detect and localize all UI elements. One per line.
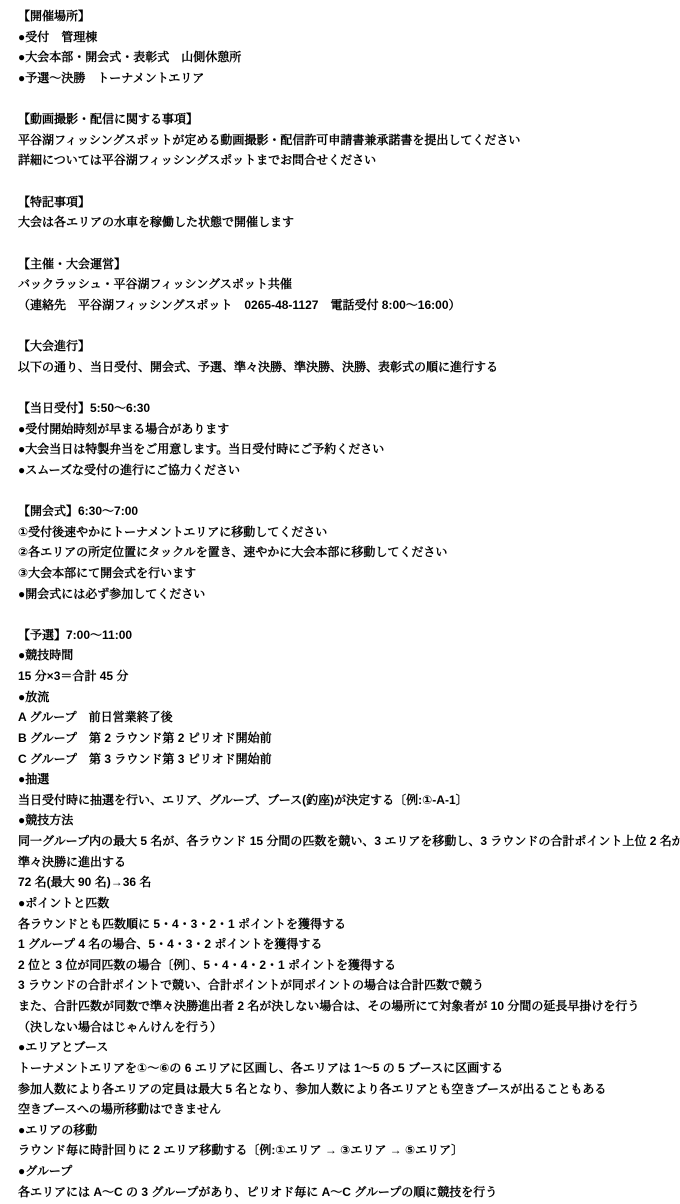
section-schedule: 【大会進行】 以下の通り、当日受付、開会式、予選、準々決勝、準決勝、決勝、表彰式… — [18, 336, 672, 377]
text-line: ●競技方法 — [18, 810, 672, 831]
text-line: 3 ラウンドの合計ポイントで競い、合計ポイントが同ポイントの場合は合計匹数で競う — [18, 975, 672, 996]
text-line: ●競技時間 — [18, 645, 672, 666]
text-line: ●エリアとブース — [18, 1037, 672, 1058]
text-line: トーナメントエリアを①～⑥の 6 エリアに区画し、各エリアは 1～5 の 5 ブ… — [18, 1058, 672, 1079]
text-line: ●受付開始時刻が早まる場合があります — [18, 419, 672, 440]
text-line: ●大会本部・開会式・表彰式 山側休憩所 — [18, 47, 672, 68]
section-qualifying: 【予選】7:00～11:00 ●競技時間 15 分×3＝合計 45 分 ●放流 … — [18, 625, 672, 1203]
text-line: ●グループ — [18, 1161, 672, 1182]
tournament-rules-document: 【開催場所】 ●受付 管理棟 ●大会本部・開会式・表彰式 山側休憩所 ●予選～決… — [0, 0, 680, 1202]
text-line: 大会は各エリアの水車を稼働した状態で開催します — [18, 212, 672, 233]
section-heading: 【開会式】6:30～7:00 — [18, 501, 672, 522]
text-line: ●放流 — [18, 687, 672, 708]
text-line: 以下の通り、当日受付、開会式、予選、準々決勝、準決勝、決勝、表彰式の順に進行する — [18, 357, 672, 378]
section-heading: 【動画撮影・配信に関する事項】 — [18, 109, 672, 130]
text-line: ラウンド毎に時計回りに 2 エリア移動する〔例:①エリア → ③エリア → ⑤エ… — [18, 1140, 672, 1161]
section-heading: 【開催場所】 — [18, 6, 672, 27]
text-line: ③大会本部にて開会式を行います — [18, 563, 672, 584]
section-organizer: 【主催・大会運営】 バックラッシュ・平谷湖フィッシングスポット共催 （連絡先 平… — [18, 254, 672, 316]
text-line: ●受付 管理棟 — [18, 27, 672, 48]
text-line: ●大会当日は特製弁当をご用意します。当日受付時にご予約ください — [18, 439, 672, 460]
text-line: 2 位と 3 位が同匹数の場合〔例〕、5・4・4・2・1 ポイントを獲得する — [18, 955, 672, 976]
text-line: C グループ 第 3 ラウンド第 3 ピリオド開始前 — [18, 749, 672, 770]
text-line: ●予選～決勝 トーナメントエリア — [18, 68, 672, 89]
text-line: 当日受付時に抽選を行い、エリア、グループ、ブース(釣座)が決定する〔例:①-A-… — [18, 790, 672, 811]
text-line: ●スムーズな受付の進行にご協力ください — [18, 460, 672, 481]
text-line: ●ポイントと匹数 — [18, 893, 672, 914]
text-line: ①受付後速やかにトーナメントエリアに移動してください — [18, 522, 672, 543]
text-line: 同一グループ内の最大 5 名が、各ラウンド 15 分間の匹数を競い、3 エリアを… — [18, 831, 672, 852]
section-same-day-reception: 【当日受付】5:50～6:30 ●受付開始時刻が早まる場合があります ●大会当日… — [18, 398, 672, 481]
section-video-streaming: 【動画撮影・配信に関する事項】 平谷湖フィッシングスポットが定める動画撮影・配信… — [18, 109, 672, 171]
section-opening-ceremony: 【開会式】6:30～7:00 ①受付後速やかにトーナメントエリアに移動してくださ… — [18, 501, 672, 604]
text-line: ②各エリアの所定位置にタックルを置き、速やかに大会本部に移動してください — [18, 542, 672, 563]
section-heading: 【大会進行】 — [18, 336, 672, 357]
page: { "page": { "background_color": "#ffffff… — [0, 0, 680, 1204]
text-line: ●抽選 — [18, 769, 672, 790]
text-line: また、合計匹数が同数で準々決勝進出者 2 名が決しない場合は、その場所にて対象者… — [18, 996, 672, 1017]
text-line: 平谷湖フィッシングスポットが定める動画撮影・配信許可申請書兼承諾書を提出してくだ… — [18, 130, 672, 151]
text-line: 準々決勝に進出する — [18, 852, 672, 873]
text-line: B グループ 第 2 ラウンド第 2 ピリオド開始前 — [18, 728, 672, 749]
text-line: （決しない場合はじゃんけんを行う） — [18, 1017, 672, 1038]
text-line: 空きブースへの場所移動はできません — [18, 1099, 672, 1120]
section-heading: 【予選】7:00～11:00 — [18, 625, 672, 646]
text-line: A グループ 前日営業終了後 — [18, 707, 672, 728]
text-line: 参加人数により各エリアの定員は最大 5 名となり、参加人数により各エリアとも空き… — [18, 1079, 672, 1100]
text-line: 各ラウンドとも匹数順に 5・4・3・2・1 ポイントを獲得する — [18, 914, 672, 935]
section-special-notes: 【特記事項】 大会は各エリアの水車を稼働した状態で開催します — [18, 192, 672, 233]
text-line: バックラッシュ・平谷湖フィッシングスポット共催 — [18, 274, 672, 295]
section-heading: 【主催・大会運営】 — [18, 254, 672, 275]
section-heading: 【当日受付】5:50～6:30 — [18, 398, 672, 419]
text-line: 72 名(最大 90 名)→36 名 — [18, 872, 672, 893]
text-line: 15 分×3＝合計 45 分 — [18, 666, 672, 687]
text-line: 1 グループ 4 名の場合、5・4・3・2 ポイントを獲得する — [18, 934, 672, 955]
section-venue: 【開催場所】 ●受付 管理棟 ●大会本部・開会式・表彰式 山側休憩所 ●予選～決… — [18, 6, 672, 89]
text-line: 各エリアには A～C の 3 グループがあり、ピリオド毎に A～C グループの順… — [18, 1182, 672, 1203]
section-heading: 【特記事項】 — [18, 192, 672, 213]
text-line: （連絡先 平谷湖フィッシングスポット 0265-48-1127 電話受付 8:0… — [18, 295, 672, 316]
text-line: ●開会式には必ず参加してください — [18, 584, 672, 605]
text-line: 詳細については平谷湖フィッシングスポットまでお問合せください — [18, 150, 672, 171]
text-line: ●エリアの移動 — [18, 1120, 672, 1141]
